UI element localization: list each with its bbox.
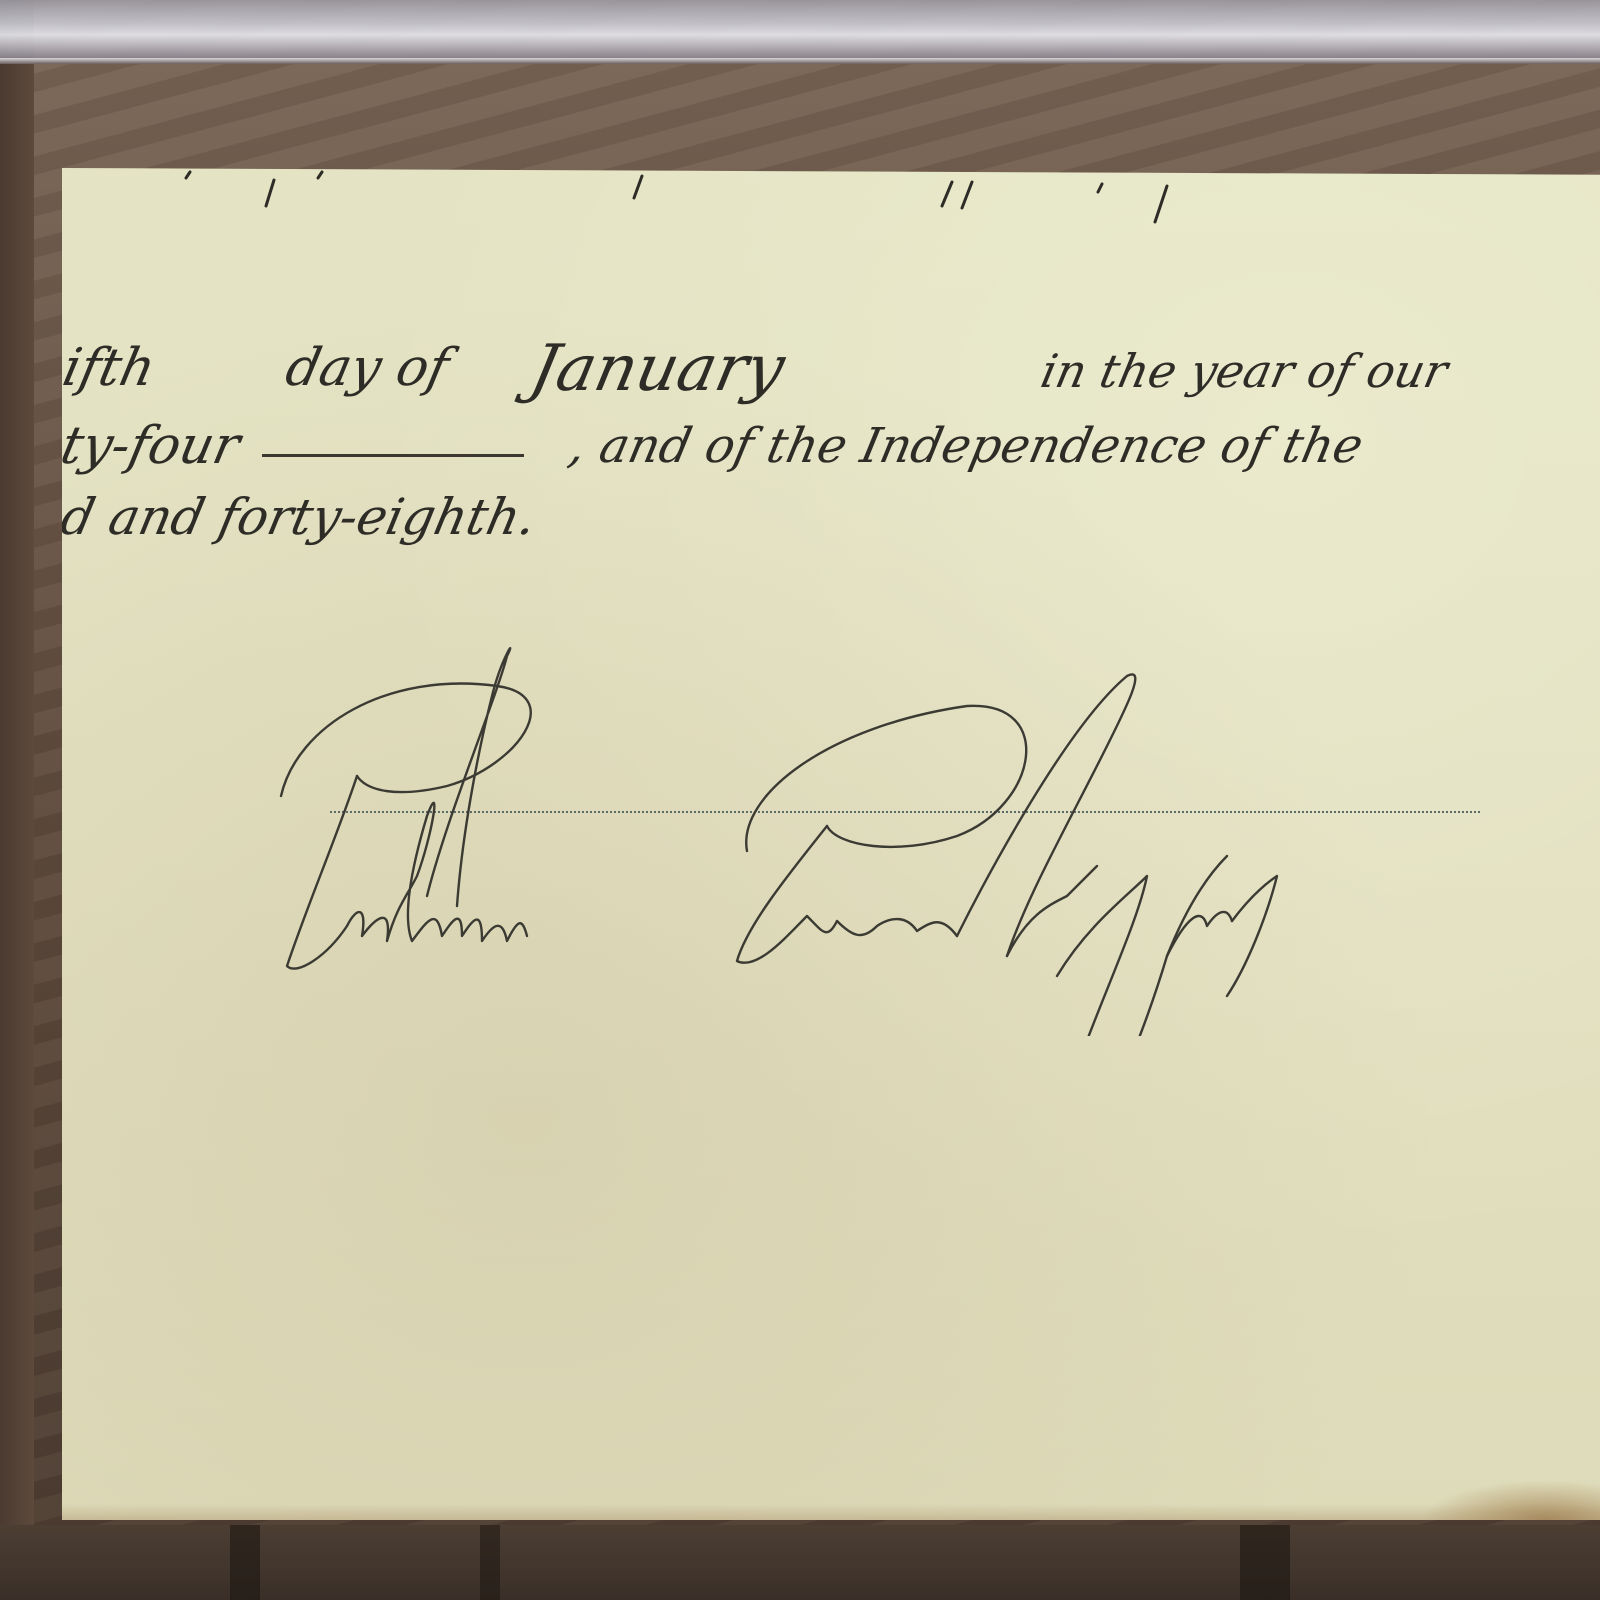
signature-name: Calvin Coolidge — [332, 708, 340, 709]
signature-calvin-coolidge — [267, 576, 1417, 1036]
text-in-the-year-of-our: in the year of our — [1036, 344, 1452, 398]
fill-in-line — [262, 454, 524, 457]
plastic-holder-ridge — [0, 58, 1600, 64]
holder-left-edge — [0, 0, 34, 1600]
text-and-of-the-independence: , and of the Independence of the — [564, 418, 1368, 474]
text-day-of: day of — [281, 338, 455, 398]
text-and-forty-eighth: d and forty-eighth. — [56, 488, 542, 546]
text-month-january: January — [524, 332, 791, 406]
text-fragment-ifth: ifth — [58, 338, 161, 398]
paper-edge-toning — [62, 1504, 1600, 1520]
text-fragment-ty-four: ty-four — [56, 416, 246, 476]
plastic-holder-bottom — [0, 1525, 1600, 1600]
plastic-holder-top-edge — [0, 0, 1600, 58]
cut-line-descenders — [62, 168, 1600, 228]
document-paper: ifth day of January in the year of our t… — [62, 168, 1600, 1520]
